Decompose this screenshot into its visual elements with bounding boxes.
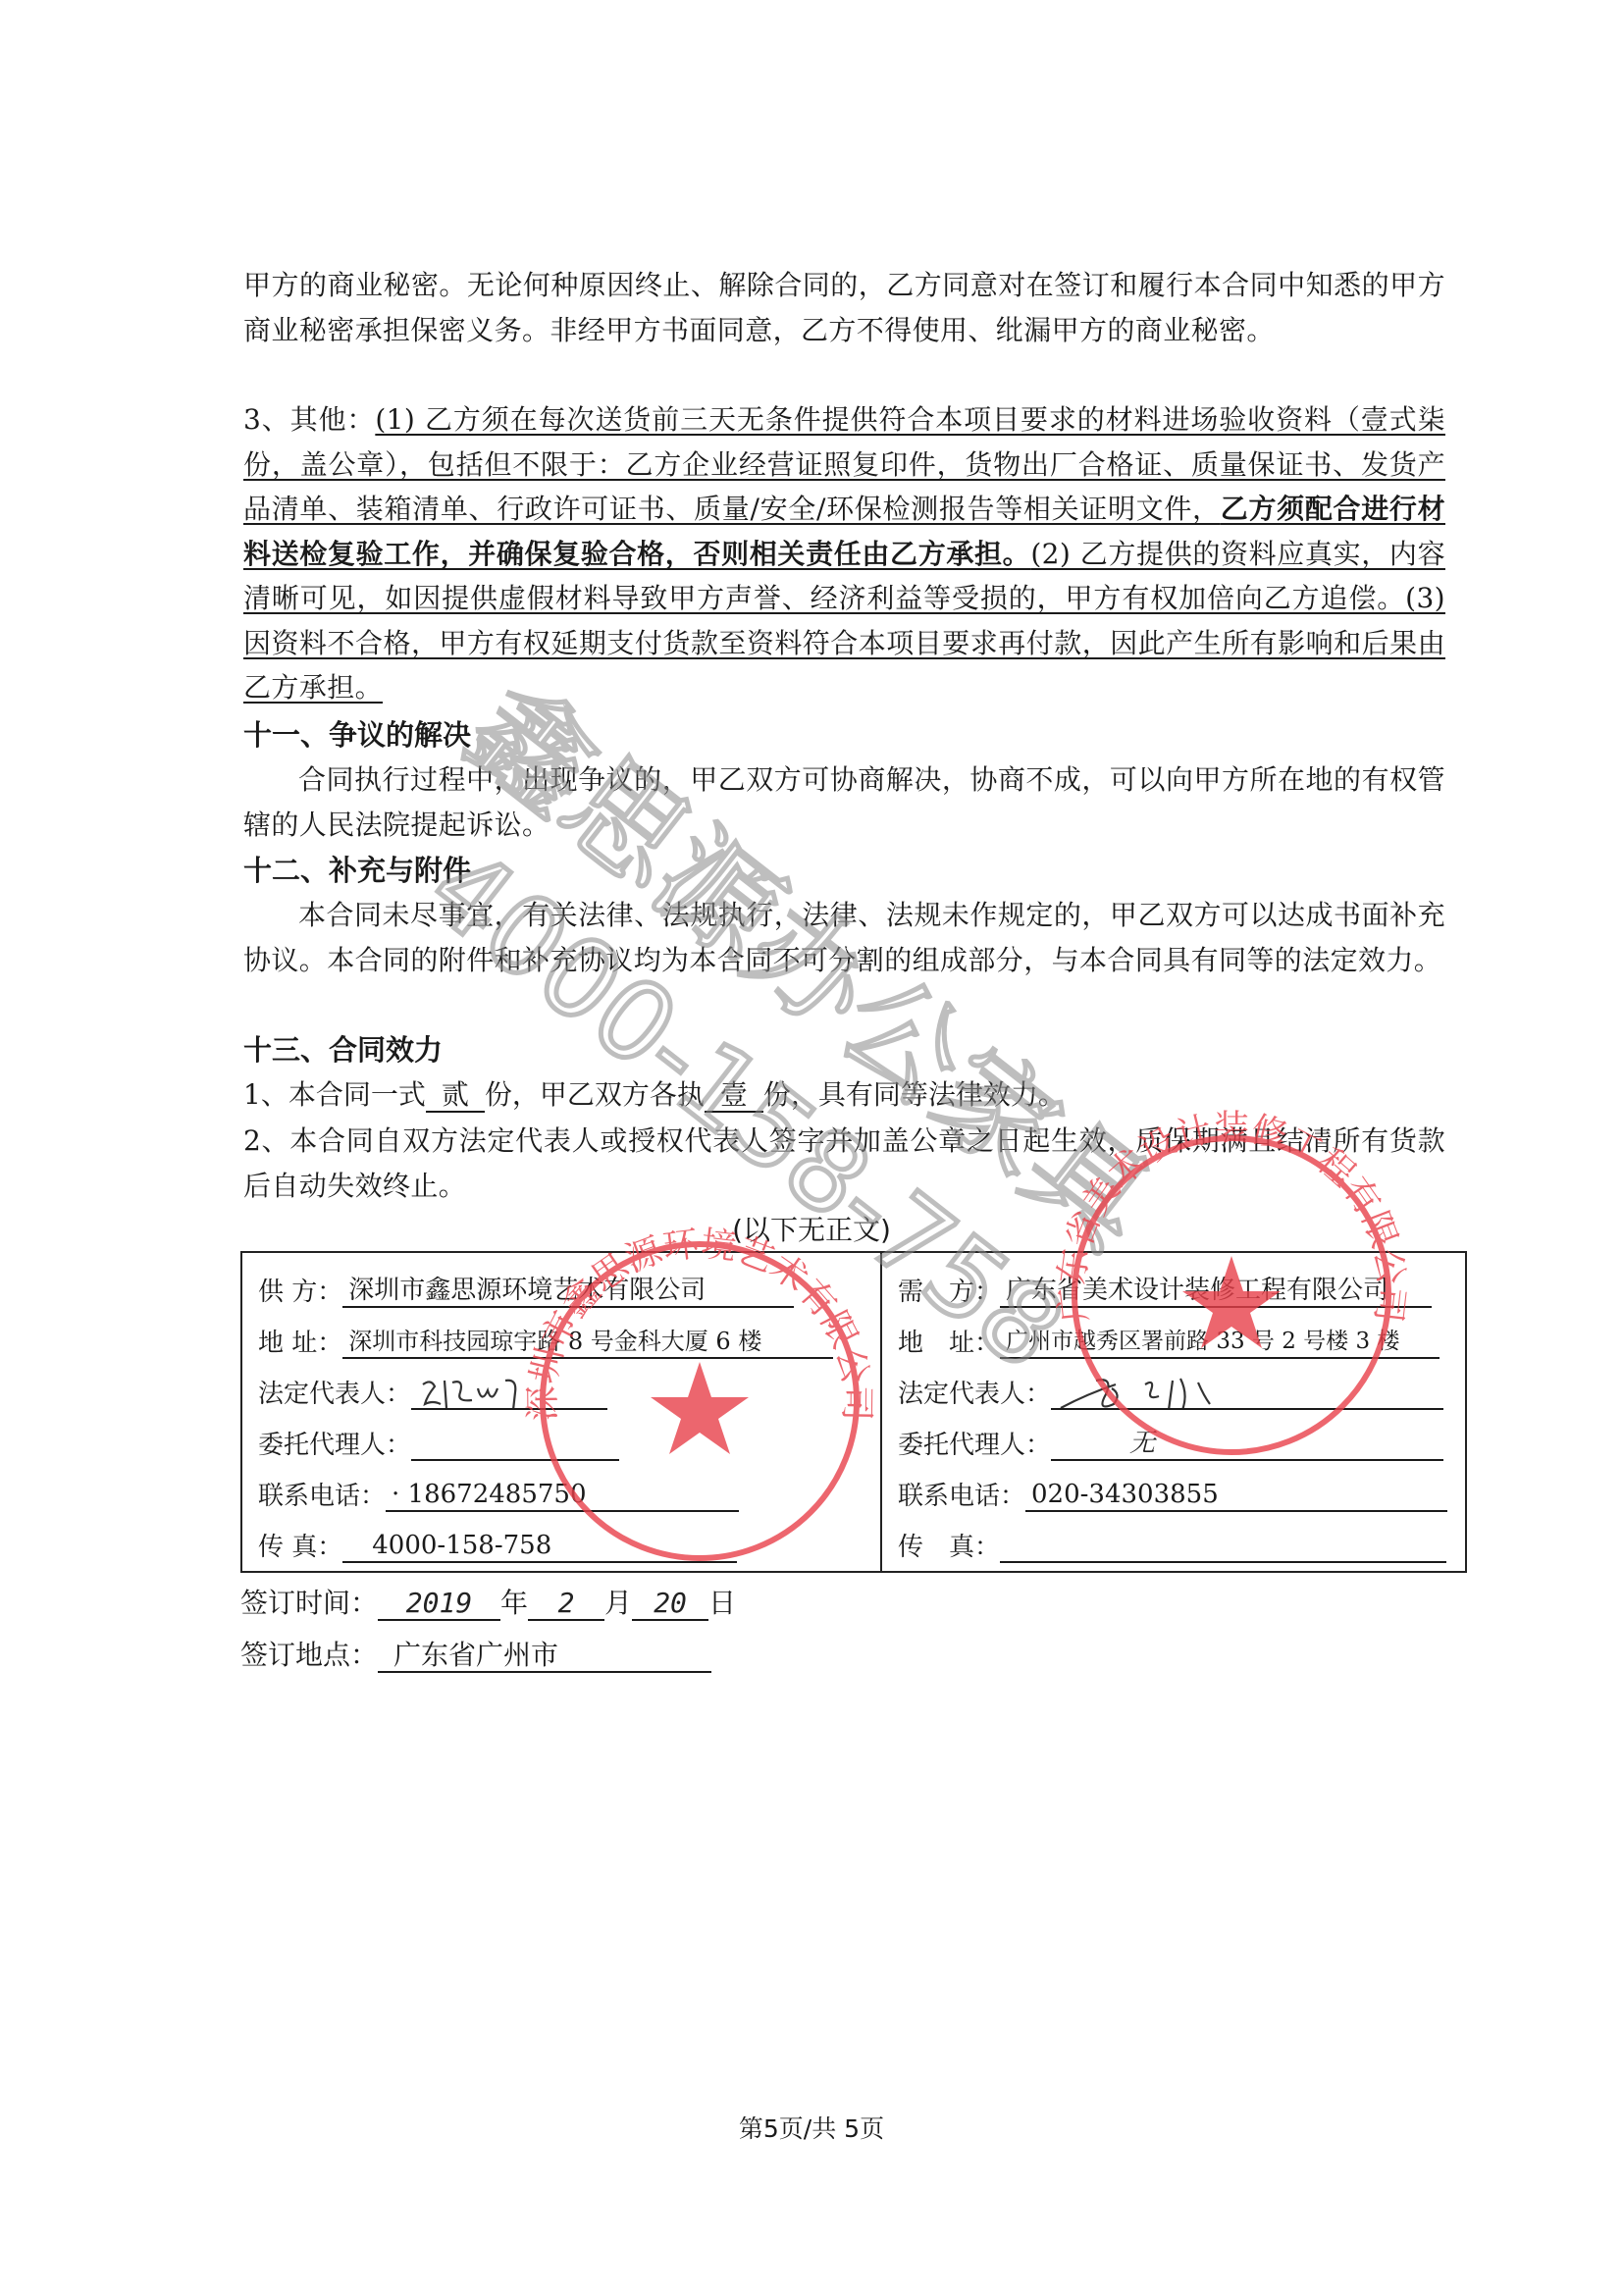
section-12-heading: 十二、补充与附件 xyxy=(243,849,471,889)
end-of-text-marker: (以下无正文) xyxy=(0,1209,1623,1248)
handwritten-signature-icon xyxy=(417,1375,545,1410)
handwritten-signature-icon xyxy=(1057,1375,1253,1410)
section-12-text: 本合同未尽事宜，有关法律、法规执行，法律、法规未作规定的，甲乙双方可以达成书面补… xyxy=(243,893,1445,982)
supplier-name: 深圳市鑫思源环境艺术有限公司 xyxy=(342,1273,794,1308)
buyer-column: 需 方： 广东省美术设计装修工程有限公司 地 址： 广州市越秀区署前路 33 号… xyxy=(882,1253,1465,1571)
supplier-phone-row: 联系电话： · 18672485750 xyxy=(258,1461,868,1512)
buyer-phone: 020-34303855 xyxy=(1025,1477,1447,1512)
buyer-agent-row: 委托代理人： 无 xyxy=(898,1410,1453,1461)
supplier-column: 供 方： 深圳市鑫思源环境艺术有限公司 地 址： 深圳市科技园琼宇路 8 号金科… xyxy=(242,1253,882,1571)
supplier-agent xyxy=(411,1426,619,1461)
contract-page: 甲方的商业秘密。无论何种原因终止、解除合同的，乙方同意对在签订和履行本合同中知悉… xyxy=(0,0,1623,2296)
supplier-party-row: 供 方： 深圳市鑫思源环境艺术有限公司 xyxy=(258,1257,868,1308)
buyer-address-row: 地 址： 广州市越秀区署前路 33 号 2 号楼 3 楼 xyxy=(898,1308,1453,1359)
section-13-heading: 十三、合同效力 xyxy=(243,1028,443,1069)
buyer-address: 广州市越秀区署前路 33 号 2 号楼 3 楼 xyxy=(1000,1324,1440,1359)
buyer-agent: 无 xyxy=(1051,1426,1443,1461)
buyer-fax-row: 传 真： xyxy=(898,1512,1453,1563)
signing-date-row: 签订时间：2019年2月20日 xyxy=(240,1582,736,1621)
buyer-fax xyxy=(1000,1528,1446,1563)
signature-table: 供 方： 深圳市鑫思源环境艺术有限公司 地 址： 深圳市科技园琼宇路 8 号金科… xyxy=(240,1251,1467,1573)
supplier-address: 深圳市科技园琼宇路 8 号金科大厦 6 楼 xyxy=(342,1324,833,1359)
supplier-phone: · 18672485750 xyxy=(386,1477,739,1512)
page-number: 第5页/共 5页 xyxy=(0,2110,1623,2145)
copies-total: 贰 xyxy=(426,1079,485,1113)
signing-year: 2019 xyxy=(378,1588,500,1621)
supplier-legal-rep-signature xyxy=(411,1375,607,1410)
supplier-fax-row: 传 真： 4000-158-758 xyxy=(258,1512,868,1563)
copies-each: 壹 xyxy=(705,1079,763,1113)
section-11-heading: 十一、争议的解决 xyxy=(243,713,471,754)
section-13-item-1: 1、本合同一式贰份，甲乙双方各执壹份，具有同等法律效力。 xyxy=(243,1073,1066,1113)
buyer-name: 广东省美术设计装修工程有限公司 xyxy=(1000,1273,1432,1308)
signing-month: 2 xyxy=(528,1588,604,1621)
signing-place-row: 签订地点：广东省广州市 xyxy=(240,1634,711,1673)
confidentiality-paragraph: 甲方的商业秘密。无论何种原因终止、解除合同的，乙方同意对在签订和履行本合同中知悉… xyxy=(243,263,1445,352)
supplier-agent-row: 委托代理人： xyxy=(258,1410,868,1461)
signing-day: 20 xyxy=(632,1588,708,1621)
signing-place: 广东省广州市 xyxy=(378,1640,711,1673)
buyer-legal-rep-signature xyxy=(1051,1375,1443,1410)
supplier-address-row: 地 址： 深圳市科技园琼宇路 8 号金科大厦 6 楼 xyxy=(258,1308,868,1359)
clause-3-prefix: 3、其他： xyxy=(243,403,375,436)
clause-3: 3、其他：(1) 乙方须在每次送货前三天无条件提供符合本项目要求的材料进场验收资… xyxy=(243,397,1445,710)
supplier-legal-rep-row: 法定代表人： xyxy=(258,1359,868,1410)
buyer-legal-rep-row: 法定代表人： xyxy=(898,1359,1453,1410)
section-13-item-2: 2、本合同自双方法定代表人或授权代表人签字并加盖公章之日起生效，质保期满且结清所… xyxy=(243,1119,1445,1208)
buyer-party-row: 需 方： 广东省美术设计装修工程有限公司 xyxy=(898,1257,1453,1308)
section-11-text: 合同执行过程中，出现争议的，甲乙双方可协商解决，协商不成，可以向甲方所在地的有权… xyxy=(243,757,1445,847)
buyer-phone-row: 联系电话： 020-34303855 xyxy=(898,1461,1453,1512)
supplier-fax: 4000-158-758 xyxy=(342,1528,737,1563)
